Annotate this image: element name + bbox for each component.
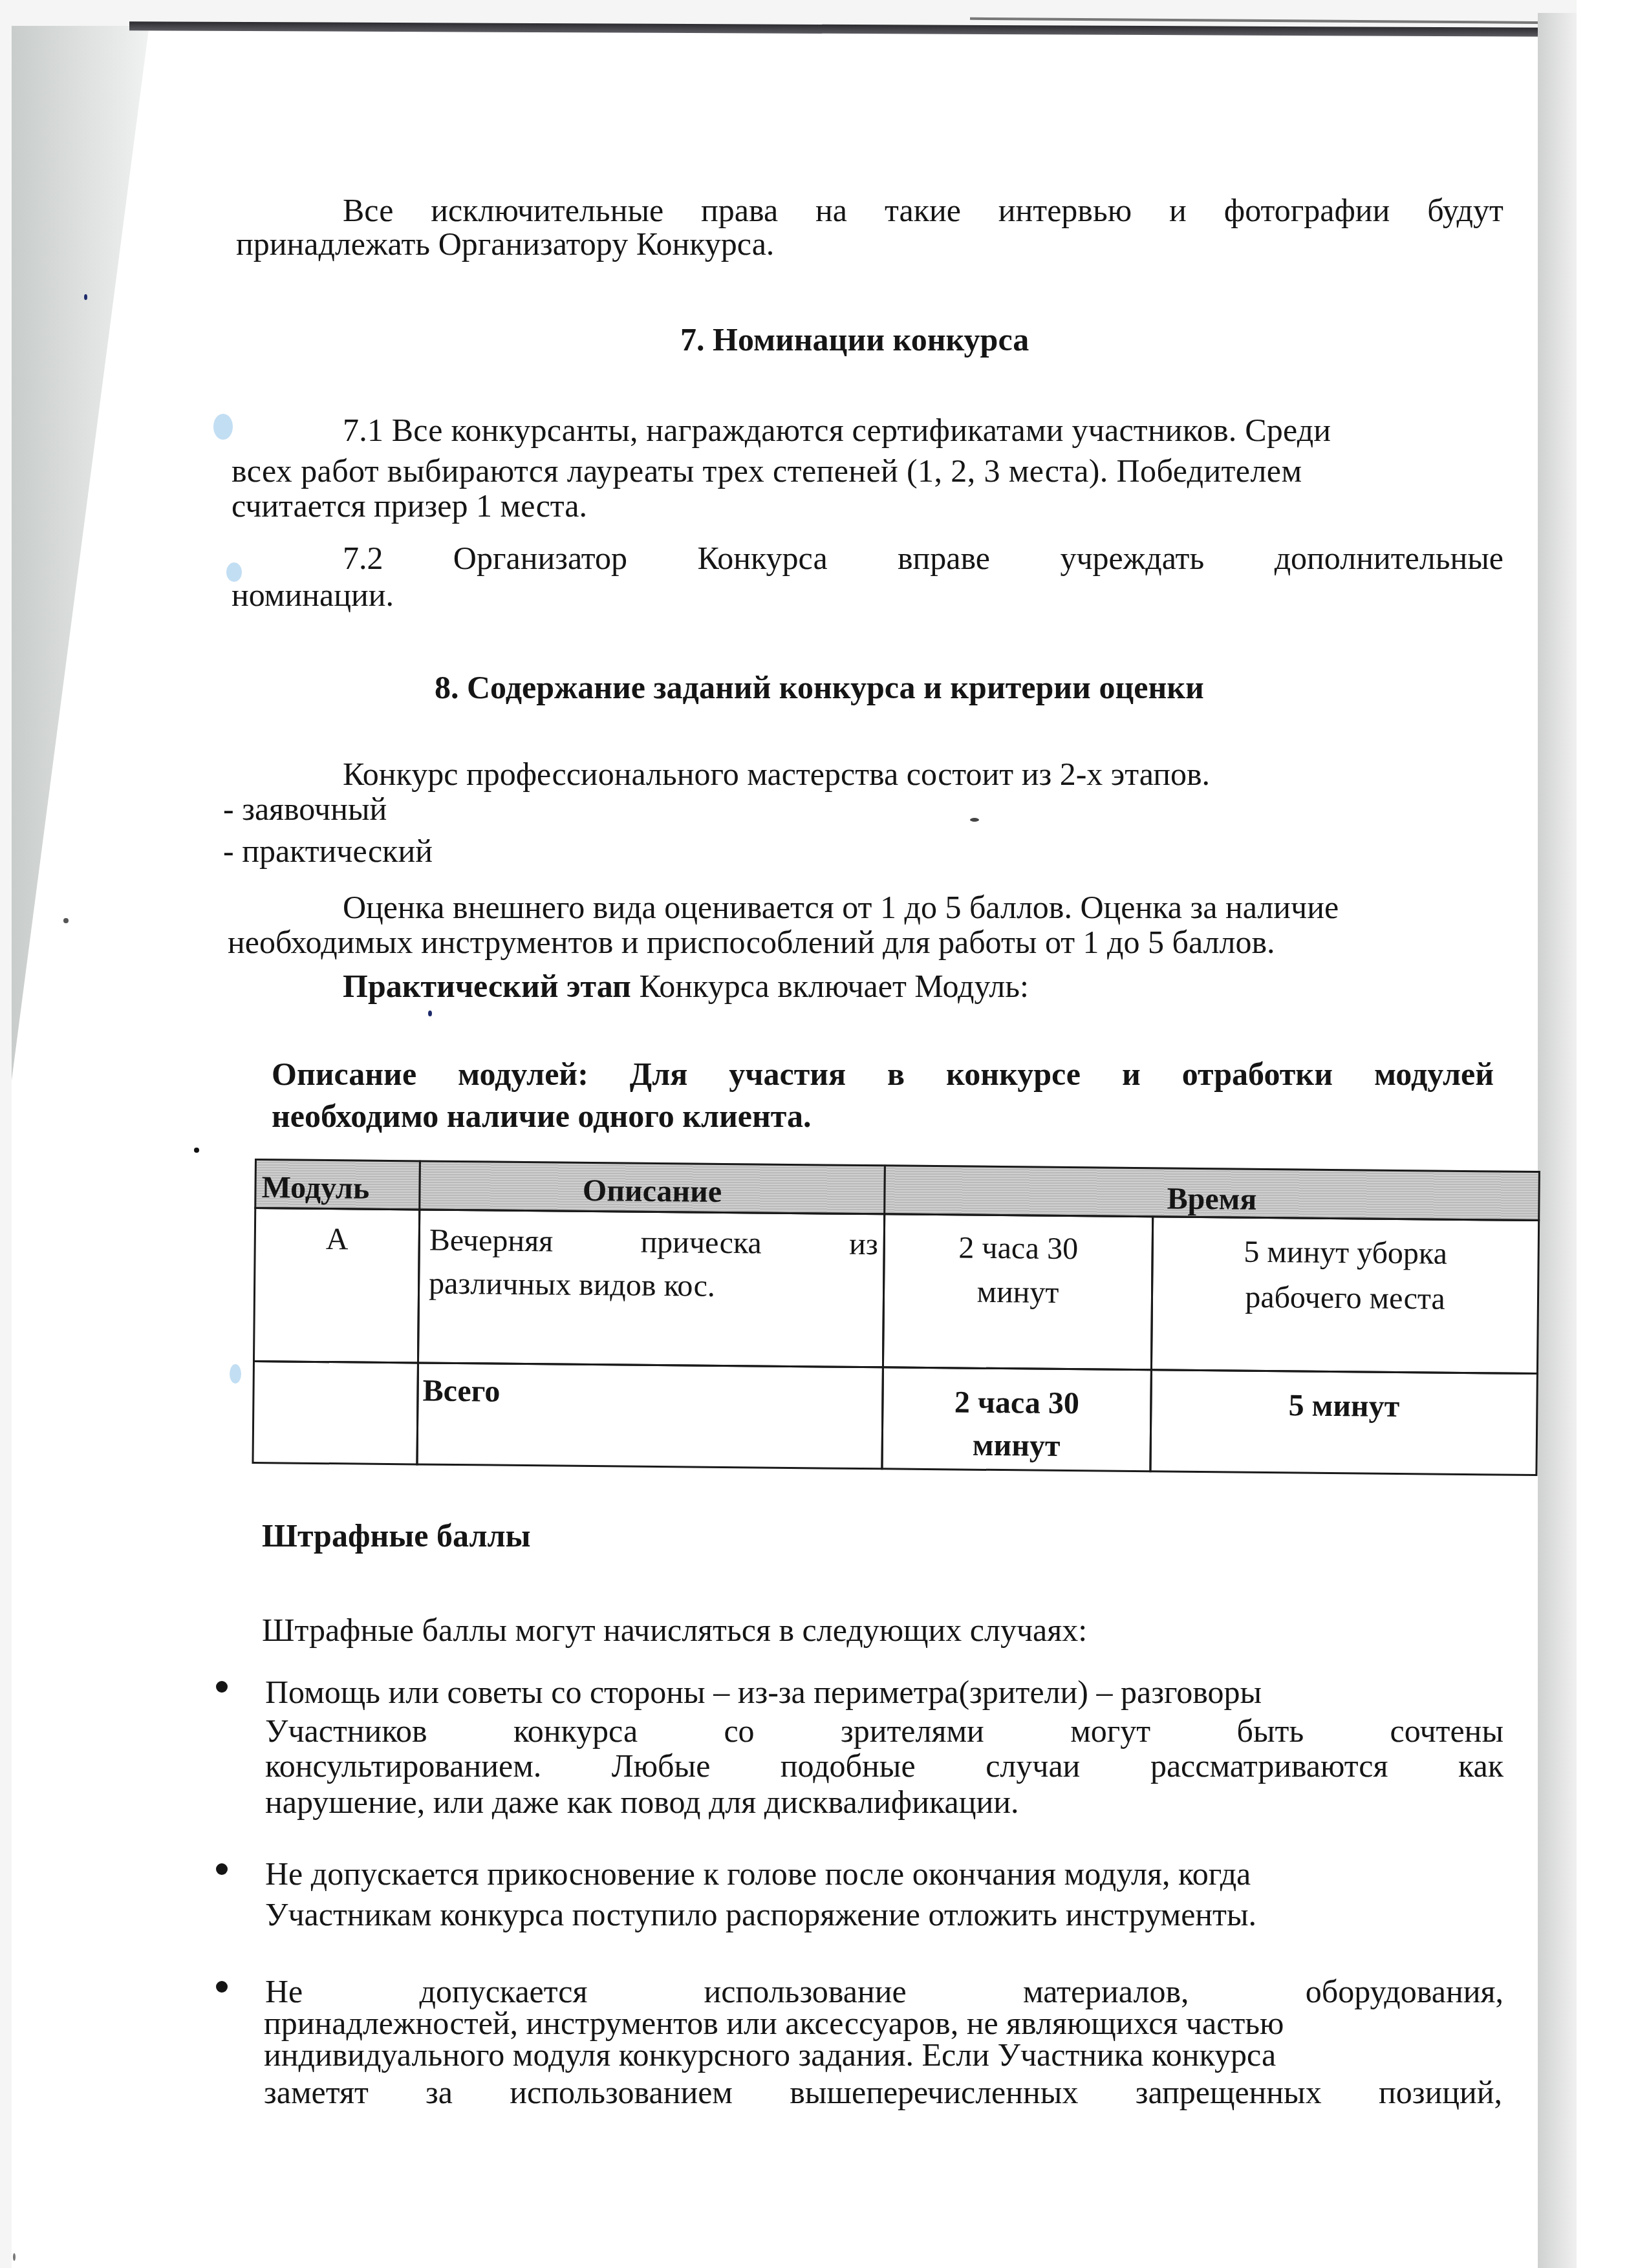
- cell-text-line-2: минут: [883, 1426, 1150, 1464]
- table-row-1-time-extra: 5 минут уборка рабочего места: [1150, 1215, 1540, 1375]
- cell-text-line-1: Вечерняя прическа из: [429, 1223, 878, 1263]
- word: случаи: [986, 1749, 1080, 1782]
- table-header-time: Время: [883, 1164, 1540, 1221]
- word: учреждать: [1060, 542, 1204, 574]
- word: оборудования,: [1306, 1975, 1503, 2007]
- penalty-1-line-4: нарушение, или даже как повод для дисква…: [265, 1786, 1018, 1818]
- word: дополнительные: [1275, 542, 1503, 574]
- assessment-line-1: Оценка внешнего вида оценивается от 1 до…: [343, 891, 1339, 923]
- word: Не: [265, 1975, 303, 2007]
- word: использование: [704, 1975, 907, 2007]
- p71-line-1: 7.1 Все конкурсанты, награждаются сертиф…: [343, 414, 1503, 446]
- header-label: Описание: [420, 1171, 883, 1211]
- modules-desc-line-2: необходимо наличие одного клиента.: [272, 1100, 812, 1132]
- word: вправе: [898, 542, 990, 574]
- cell-text: [255, 1362, 417, 1364]
- word: конкурса: [513, 1715, 638, 1747]
- stage-item: - практический: [223, 835, 433, 867]
- bullet-icon: [216, 1863, 228, 1875]
- word: зрителями: [841, 1715, 984, 1747]
- word: 7.2: [343, 542, 383, 574]
- p72-line-1: 7.2 Организатор Конкурса вправе учреждат…: [343, 542, 1503, 574]
- word: заметят: [264, 2076, 369, 2108]
- word: рассматриваются: [1150, 1749, 1388, 1782]
- word: права: [701, 194, 778, 226]
- scan-speck: [63, 918, 69, 923]
- word: как: [1458, 1749, 1503, 1782]
- table-header-description: Описание: [418, 1160, 886, 1215]
- word: конкурсе: [946, 1058, 1081, 1090]
- word: отработки: [1182, 1058, 1333, 1090]
- modules-table: Модуль Описание Время А Вечерняя прическ…: [252, 1159, 1540, 1488]
- word: позиций,: [1379, 2076, 1502, 2108]
- cell-text: А: [256, 1221, 419, 1257]
- cell-text: 5 минут: [1152, 1386, 1536, 1426]
- cell-text-line-1: 5 минут уборка: [1153, 1233, 1538, 1272]
- modules-desc-line-1: Описание модулей: Для участия в конкурсе…: [272, 1058, 1494, 1090]
- penalties-intro: Штрафные баллы могут начисляться в следу…: [262, 1614, 1087, 1646]
- word: и: [1169, 194, 1187, 226]
- penalty-3-line-4: заметят за использованием вышеперечислен…: [264, 2076, 1502, 2108]
- word: допускается: [419, 1975, 587, 2007]
- cell-text-line-2: минут: [885, 1273, 1152, 1311]
- stages-intro: Конкурс профессионального мастерства сос…: [343, 758, 1210, 790]
- table-header-module: Модуль: [254, 1159, 421, 1210]
- scan-speck: [194, 1148, 199, 1153]
- scan-speck: [84, 294, 87, 300]
- section-7-heading: 7. Номинации конкурса: [680, 323, 1029, 356]
- word: и: [1122, 1058, 1141, 1090]
- word: могут: [1070, 1715, 1150, 1747]
- word: со: [724, 1715, 754, 1747]
- word: модулей: [1374, 1058, 1494, 1090]
- word: консультированием.: [265, 1749, 541, 1782]
- word: Любые: [612, 1749, 711, 1782]
- penalty-3-line-2: принадлежностей, инструментов или аксесс…: [264, 2007, 1284, 2039]
- p71-line-2: всех работ выбираются лауреаты трех степ…: [232, 455, 1502, 487]
- word: вышеперечисленных: [790, 2076, 1078, 2108]
- cell-text-line-2: различных видов кос.: [429, 1266, 715, 1304]
- word: за: [426, 2076, 453, 2108]
- scan-speck: [226, 562, 242, 582]
- word: Для: [630, 1058, 688, 1090]
- table-row-1-module: А: [253, 1207, 420, 1364]
- cell-text-line-1: 2 часа 30: [885, 1229, 1152, 1267]
- page-right-shadow: [1538, 13, 1577, 2268]
- scan-speck: [428, 1011, 432, 1016]
- practical-stage-rest: Конкурса включает Модуль:: [631, 968, 1029, 1004]
- p71-line-3: считается призер 1 места.: [232, 489, 587, 522]
- word: Конкурса: [697, 542, 827, 574]
- word: фотографии: [1224, 194, 1390, 226]
- word: запрещенных: [1136, 2076, 1322, 2108]
- scan-speck: [970, 818, 979, 822]
- header-label: Модуль: [261, 1170, 369, 1206]
- word: участия: [729, 1058, 846, 1090]
- penalty-1-line-1: Помощь или советы со стороны – из-за пер…: [265, 1676, 1503, 1708]
- penalty-3-line-3: индивидуального модуля конкурсного задан…: [264, 2038, 1276, 2071]
- word: исключительные: [431, 194, 663, 226]
- bullet-icon: [216, 1681, 228, 1693]
- table-row-2-module: [252, 1360, 419, 1465]
- assessment-line-2: необходимых инструментов и приспособлени…: [228, 926, 1275, 958]
- word: будут: [1427, 194, 1503, 226]
- cell-text: Всего: [422, 1373, 500, 1409]
- practical-stage-bold: Практический этап: [343, 968, 631, 1004]
- penalty-3-line-1: Не допускается использование материалов,…: [265, 1975, 1503, 2007]
- penalty-1-line-2: Участников конкурса со зрителями могут б…: [265, 1715, 1503, 1747]
- word: Все: [343, 194, 393, 226]
- word: материалов,: [1023, 1975, 1189, 2007]
- practical-stage-line: Практический этап Конкурса включает Моду…: [343, 970, 1029, 1002]
- stage-item: - заявочный: [223, 793, 387, 825]
- table-row-2-description: Всего: [416, 1362, 884, 1470]
- word: на: [815, 194, 847, 226]
- table-row-2-time-main: 2 часа 30 минут: [881, 1366, 1152, 1472]
- penalty-2-line-2: Участникам конкурса поступило распоряжен…: [265, 1898, 1256, 1931]
- word: интервью: [998, 194, 1132, 226]
- cell-text-line-1: 2 часа 30: [883, 1384, 1150, 1422]
- intro-line-2: принадлежать Организатору Конкурса.: [236, 228, 774, 260]
- scan-speck: [13, 2253, 16, 2261]
- word: подобные: [781, 1749, 916, 1782]
- word: модулей:: [458, 1058, 588, 1090]
- penalty-2-line-1: Не допускается прикосновение к голове по…: [265, 1857, 1251, 1890]
- p72-line-2: номинации.: [232, 579, 394, 611]
- intro-line-1: Все исключительные права на такие интерв…: [343, 194, 1503, 226]
- word: прическа: [640, 1225, 762, 1261]
- word: быть: [1237, 1715, 1304, 1747]
- scan-speck: [213, 414, 233, 440]
- section-8-heading: 8. Содержание заданий конкурса и критери…: [435, 671, 1204, 703]
- word: использованием: [510, 2076, 733, 2108]
- word: Описание: [272, 1058, 416, 1090]
- word: такие: [885, 194, 961, 226]
- word: Участников: [265, 1715, 427, 1747]
- word: Вечерняя: [429, 1223, 554, 1259]
- word: Организатор: [453, 542, 627, 574]
- cell-text-line-2: рабочего места: [1153, 1278, 1538, 1318]
- word: в: [887, 1058, 905, 1090]
- word: из: [849, 1226, 878, 1262]
- table-row-1-time-main: 2 часа 30 минут: [882, 1213, 1154, 1371]
- scan-speck: [230, 1364, 241, 1384]
- table-row-2-time-extra: 5 минут: [1149, 1369, 1538, 1476]
- bullet-icon: [216, 1981, 228, 1993]
- penalties-heading: Штрафные баллы: [262, 1519, 531, 1552]
- scan-margin-right: [1577, 0, 1649, 2268]
- table-row-1-description: Вечерняя прическа из различных видов кос…: [417, 1208, 885, 1368]
- penalty-1-line-3: консультированием. Любые подобные случаи…: [265, 1749, 1503, 1782]
- word: сочтены: [1390, 1715, 1503, 1747]
